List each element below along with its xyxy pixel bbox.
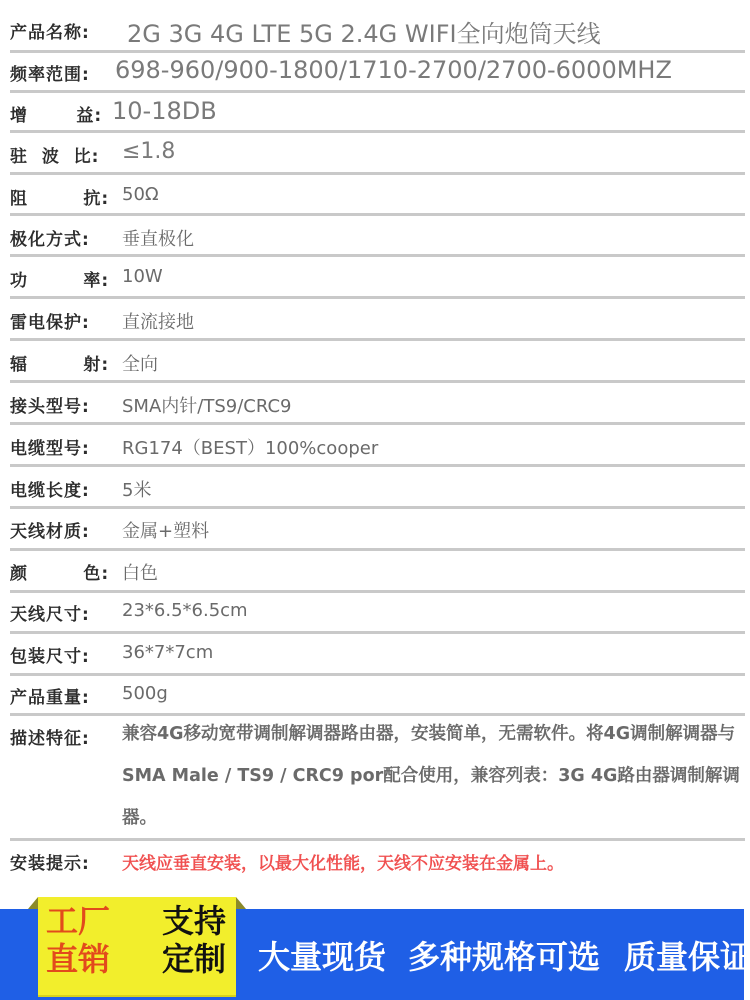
divider [10,380,745,383]
spec-value-impedance: 50Ω [122,184,159,205]
spec-label-lightning: 雷电保护: [10,308,90,333]
install-tip-label: 安装提示: [10,849,90,874]
spec-value-frequency: 698-960/900-1800/1710-2700/2700-6000MHZ [115,56,672,84]
description-value: 兼容4G移动宽带调制解调器路由器，安装简单，无需软件。将4G调制解调器与SMA … [122,713,750,839]
spec-label-frequency: 频率范围: [10,60,90,85]
spec-label-cable-length: 电缆长度: [10,476,90,501]
spec-value-cable-length: 5米 [122,476,151,502]
spec-label-impedance: 阻 抗: [10,184,109,209]
spec-value-package-size: 36*7*7cm [122,642,213,663]
spec-label-material: 天线材质: [10,517,90,542]
spec-value-product-name: 2G 3G 4G LTE 5G 2.4G WIFI全向炮筒天线 [127,14,601,49]
spec-label-weight: 产品重量: [10,683,90,708]
divider [10,296,745,299]
divider [10,590,745,593]
divider [10,464,745,467]
spec-label-color: 颜 色: [10,559,109,584]
spec-value-weight: 500g [122,683,168,704]
perk-multiple-specs: 多种规格可选 [408,932,600,978]
spec-value-power: 10W [122,266,163,287]
badge-customization: 支持定制 [162,902,232,978]
spec-value-color: 白色 [122,559,158,585]
spec-value-cable-type: RG174（BEST）100%cooper [122,434,378,460]
spec-label-power: 功 率: [10,266,109,291]
spec-value-radiation: 全向 [122,350,158,376]
divider [10,631,745,634]
divider [10,254,745,257]
spec-value-lightning: 直流接地 [122,308,194,334]
badge-fold-decoration [236,897,246,909]
divider [10,548,745,551]
perk-quality-guarantee: 质量保证 [624,932,750,978]
divider [10,172,745,175]
description-label: 描述特征: [10,724,90,749]
spec-label-connector: 接头型号: [10,392,90,417]
perk-in-stock: 大量现货 [258,932,386,978]
badge-factory-direct: 工厂直销 [46,902,116,978]
spec-value-polarization: 垂直极化 [122,225,194,251]
divider [10,338,745,341]
divider [10,673,745,676]
spec-value-antenna-size: 23*6.5*6.5cm [122,600,248,621]
spec-label-product-name: 产品名称: [10,18,90,43]
spec-label-antenna-size: 天线尺寸: [10,600,90,625]
spec-value-gain: 10-18DB [112,97,217,125]
spec-label-cable-type: 电缆型号: [10,434,90,459]
divider [10,213,745,216]
spec-value-connector: SMA内针/TS9/CRC9 [122,392,291,418]
spec-label-gain: 增 益: [10,101,102,126]
divider [10,506,745,509]
spec-value-material: 金属+塑料 [122,517,209,543]
divider [10,838,745,841]
spec-label-polarization: 极化方式: [10,225,90,250]
spec-value-vswr: ≤1.8 [122,139,175,164]
spec-label-vswr: 驻 波 比: [10,142,99,167]
divider [10,130,745,133]
divider [10,50,745,53]
divider [10,90,745,93]
spec-label-radiation: 辐 射: [10,350,109,375]
badge-fold-decoration [28,897,38,909]
divider [10,422,745,425]
spec-label-package-size: 包装尺寸: [10,642,90,667]
install-tip-value: 天线应垂直安装，以最大化性能，天线不应安装在金属上。 [122,849,564,874]
